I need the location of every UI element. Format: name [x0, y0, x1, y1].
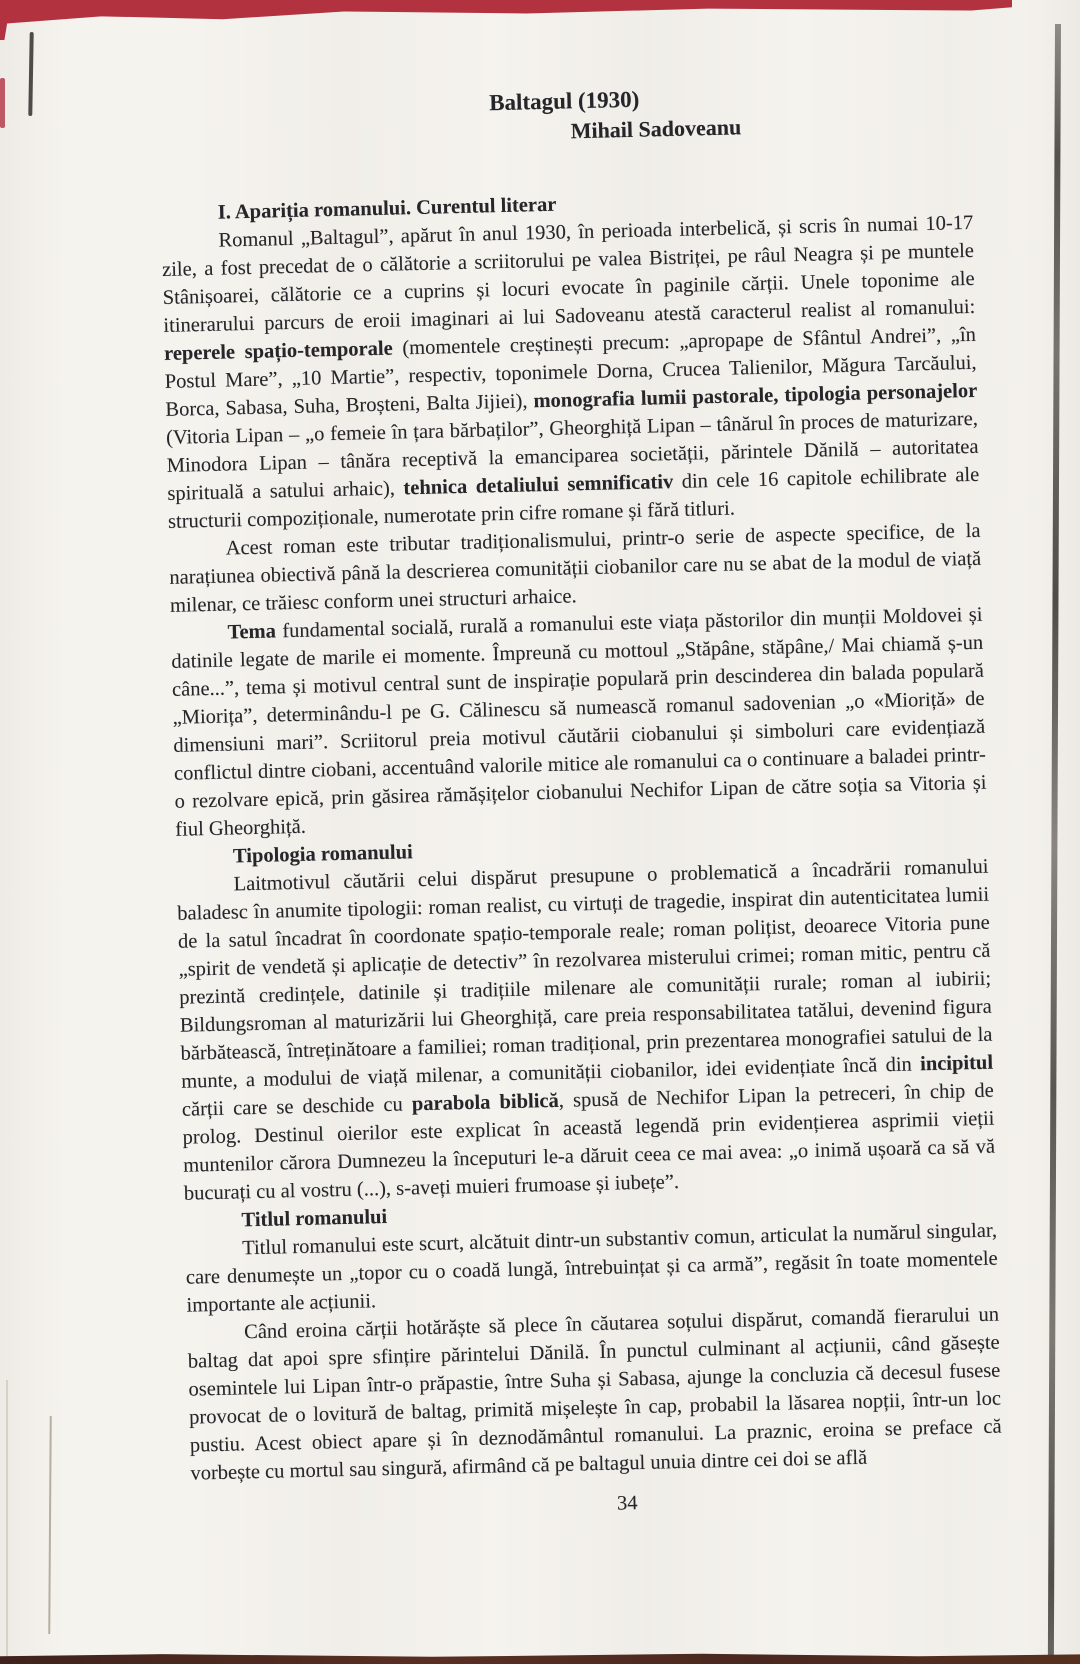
document-text-block: Baltagul (1930) Mihail Sadoveanu I. Apar…	[158, 77, 1004, 1528]
text-run: fundamental socială, rurală a romanului …	[171, 604, 987, 841]
text-run: Titlul romanului este scurt, alcătuit di…	[186, 1220, 998, 1317]
scan-artifact-bottom-brown-bar	[0, 1652, 1080, 1664]
bold-text: Tipologia romanului	[233, 841, 413, 867]
bold-text: Tema	[227, 620, 276, 643]
text-run: cărții care se deschide cu	[182, 1093, 412, 1120]
bold-text: incipitul	[920, 1052, 993, 1076]
bold-text: reperele spațio-temporale	[164, 338, 393, 365]
pen-mark	[28, 32, 33, 116]
bold-text: parabola biblică	[412, 1090, 559, 1115]
scan-artifact-top-red-bar	[0, 0, 1012, 24]
paragraph: Romanul „Baltagul”, apărut în anul 1930,…	[161, 209, 980, 536]
paragraph: Tema fundamental socială, rurală a roman…	[170, 601, 987, 844]
text-run: Laitmotivul căutării celui dispărut pres…	[177, 856, 993, 1093]
scan-artifact-left-red-strip-lower	[0, 78, 5, 128]
text-run: Romanul „Baltagul”, apărut în anul 1930,…	[162, 212, 976, 337]
bold-text: Titlul romanului	[241, 1206, 387, 1231]
text-run: Când eroina cărții hotărăște să plece în…	[188, 1304, 1002, 1485]
scanned-page: Baltagul (1930) Mihail Sadoveanu I. Apar…	[0, 0, 1080, 1664]
scan-artifact-crease-line	[48, 1416, 52, 1634]
paragraph: Laitmotivul căutării celui dispărut pres…	[176, 853, 996, 1208]
bold-text: monografia lumii pastorale, tipologia pe…	[533, 380, 977, 412]
paragraph: Când eroina cărții hotărăște să plece în…	[187, 1301, 1003, 1488]
scan-artifact-left-faint-line	[6, 1380, 8, 1664]
scan-artifact-right-edge-line	[1048, 24, 1061, 1664]
bold-text: tehnica detaliului semnificativ	[403, 471, 673, 499]
page-number: 34	[221, 1480, 1033, 1527]
text-run: Acest roman este tributar tradiționalism…	[169, 520, 981, 617]
document-body: I. Apariția romanului. Curentul literarR…	[160, 181, 1002, 1488]
